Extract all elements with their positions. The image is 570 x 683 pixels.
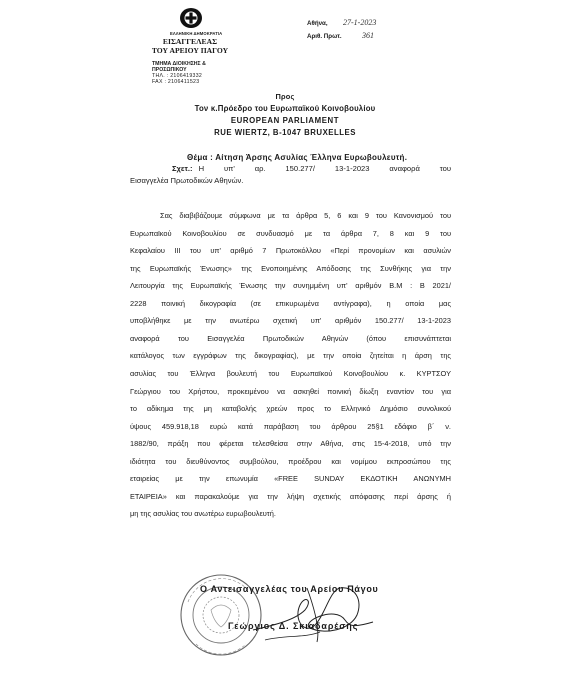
recipient-line3: RUE WIERTZ, B-1047 BRUXELLES [85,128,485,137]
body-line: Σας διαβιβάζουμε σύμφωνα με τα άρθρα 5, … [160,210,451,221]
to-label: Προς [85,92,485,101]
body-line: μη της ασυλίας του ανωτέρω ευρωβουλευτή. [130,508,451,519]
reference-text: Η υπ' αρ. 150.277/ 13-1-2023 αναφορά του [199,164,451,173]
date-value: 27-1-2023 [343,18,376,27]
office-name-line1: ΕΙΣΑΓΓΕΛΕΑΣ [145,37,235,46]
body-line: κατάλογος των εγγράφων της δικογραφίας),… [130,350,451,361]
greek-coat-of-arms-icon [178,5,204,31]
reference-line: Σχετ.: Η υπ' αρ. 150.277/ 13-1-2023 αναφ… [172,164,451,173]
state-name: ΕΛΛΗΝΙΚΗ ΔΗΜΟΚΡΑΤΙΑ [170,31,222,36]
body-line: ΕΤΑΙΡΕΙΑ» και παρακαλούμε για την λήψη σ… [130,491,451,502]
place-label: Αθήνα, [307,20,328,27]
body-line: Κεφαλαίου III του υπ' αριθμό 7 Πρωτοκόλλ… [130,245,451,256]
body-line: ύψους 459.918,18 ευρώ κατά παράβαση του … [130,421,451,432]
body-line: εταιρείας με την επωνυμία «FREE SUNDAY Ε… [130,473,451,484]
body-line: 1882/90, πράξη που φέρεται τελεσθείσα στ… [130,438,451,449]
protocol-number: 361 [362,31,374,40]
body-line: υποβλήθηκε με την ανωτέρω σχετική υπ' αρ… [130,315,451,326]
body-line: Ευρωπαϊκού Κοινοβουλίου σε συνδυασμό με … [130,228,451,239]
body-line: Γεώργιου του Χρήστου, προκειμένου να ασκ… [130,386,451,397]
body-line: το αδίκημα της μη καταβολής χρεών προς τ… [130,403,451,414]
body-line: ιδιότητα του διευθύνοντος συμβούλου, προ… [130,456,451,467]
recipient-line1: Τον κ.Πρόεδρο του Ευρωπαϊκού Κοινοβουλίο… [85,104,485,113]
recipient-line2: EUROPEAN PARLIAMENT [85,116,485,125]
body-line: αναφορά του Εισαγγελέα Πρωτοδικών Αθηνών… [130,333,451,344]
body-line: ασυλίας του Έλληνα βουλευτή του Ευρωπαϊκ… [130,368,451,379]
body-line: 2228 ποινική δικογραφία (σε επικυρωμένα … [130,298,451,309]
subject-text: Αίτηση Άρσης Ασυλίας Έλληνα Ευρωβουλευτή… [215,153,407,162]
reference-text-continued: Εισαγγελέα Πρωτοδικών Αθηνών. [130,176,243,185]
body-line: της Ευρωπαϊκής Ένωσης» της Ενοποιημένης … [130,263,451,274]
signatory-name: Γεώργιος Δ. Σκιαδαρέσης [228,621,358,631]
reference-label: Σχετ.: [172,164,193,173]
signatory-title: Ο Αντεισαγγελέας του Αρείου Πάγου [200,584,379,594]
protocol-label: Αριθ. Πρωτ. [307,33,342,40]
subject-label: Θέμα : [187,153,213,162]
subject-line: Θέμα : Αίτηση Άρσης Ασυλίας Έλληνα Ευρωβ… [187,153,407,162]
body-line: Λειτουργία της Ευρωπαϊκής Ένωσης την συν… [130,280,451,291]
fax-number: FAX : 2106411523 [152,79,199,85]
office-name-line2: ΤΟΥ ΑΡΕΙΟΥ ΠΑΓΟΥ [145,46,235,55]
